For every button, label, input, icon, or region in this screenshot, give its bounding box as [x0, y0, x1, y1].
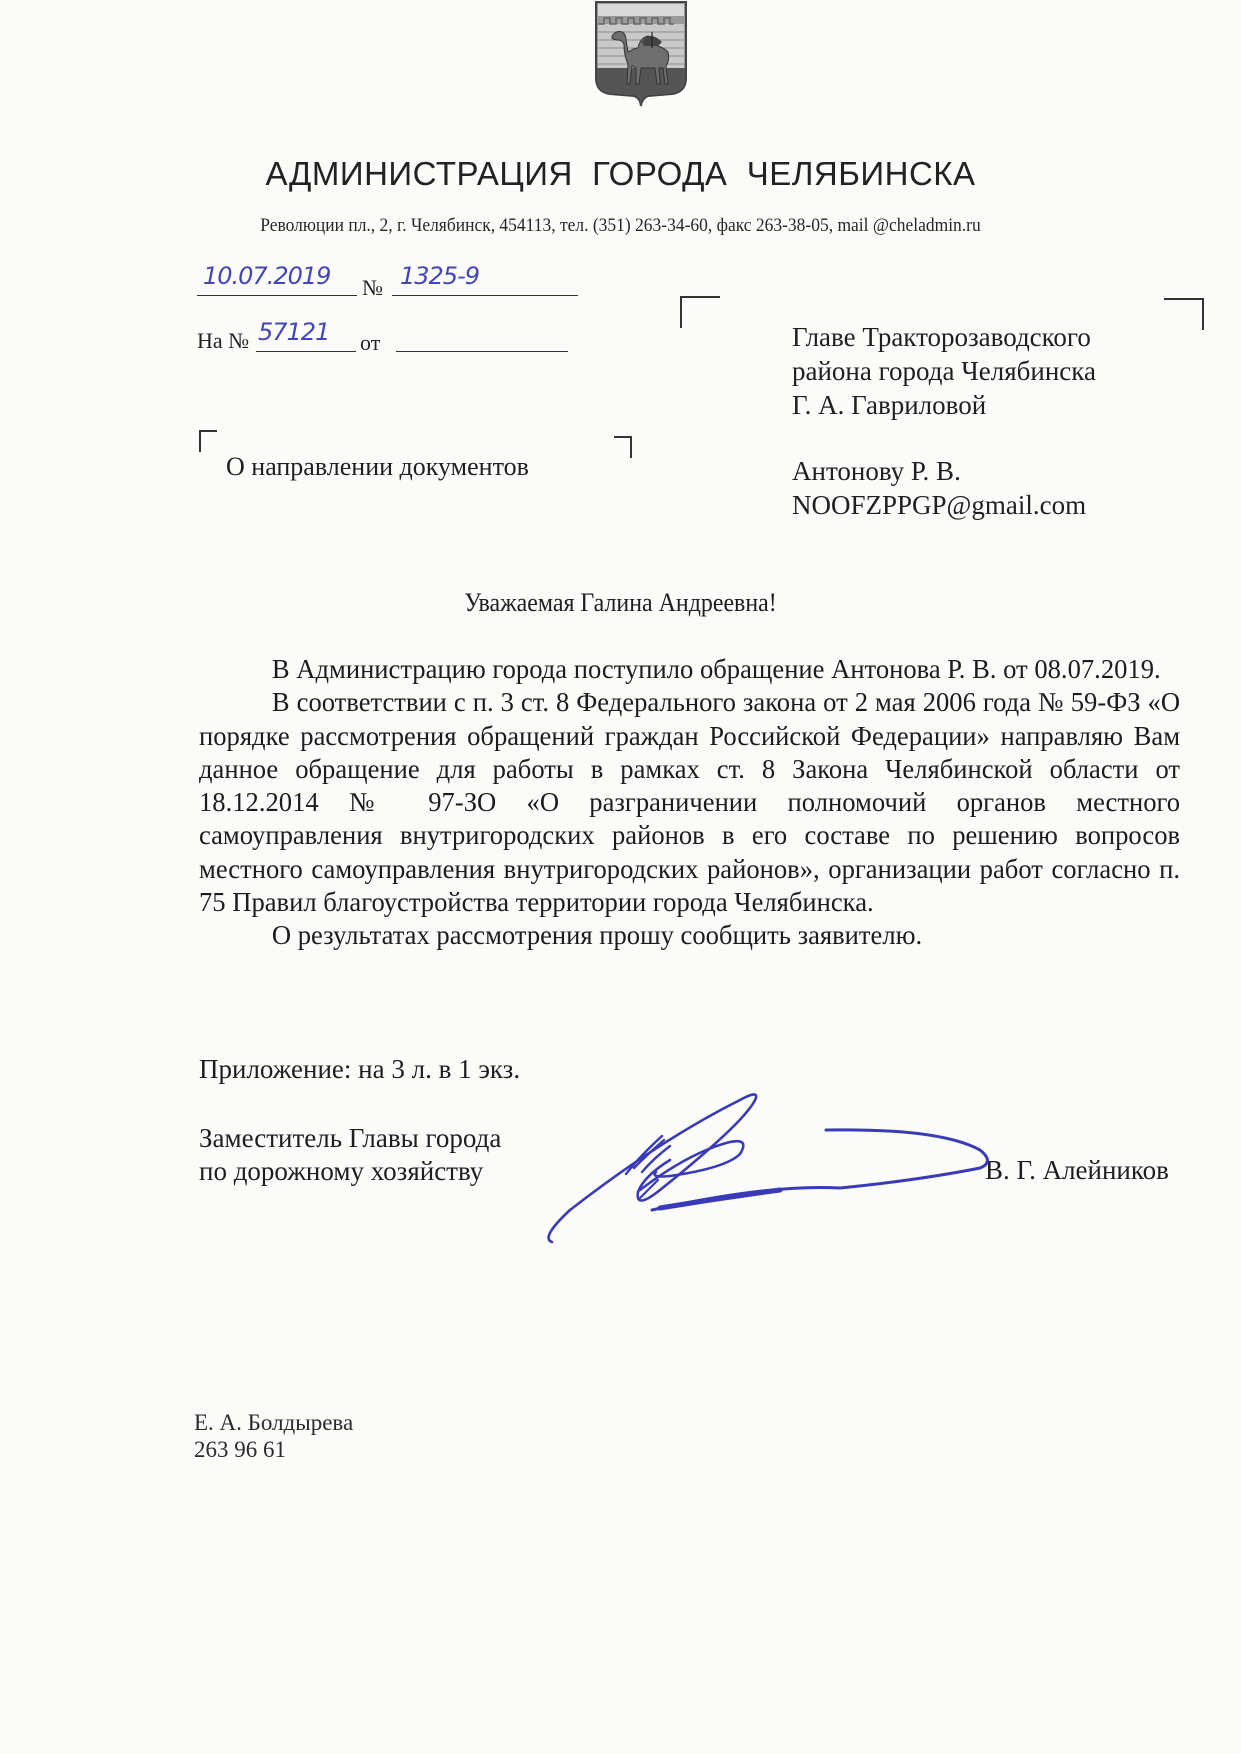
reply-to-number-handwritten: 57121: [258, 318, 329, 346]
attachment-note: Приложение: на 3 л. в 1 экз.: [199, 1054, 520, 1085]
signer-title-line: по дорожному хозяйству: [199, 1155, 501, 1188]
body-paragraph: В соответствии с п. 3 ст. 8 Федерального…: [199, 686, 1180, 919]
outgoing-date-field: 10.07.2019: [197, 268, 357, 296]
recipient-email: NOOFZPPGP@gmail.com: [792, 488, 1096, 522]
number-label: №: [362, 275, 383, 301]
recipient-block: Главе Тракторозаводского района города Ч…: [792, 320, 1096, 522]
recipient-line: [792, 422, 1096, 454]
signer-title: Заместитель Главы города по дорожному хо…: [199, 1122, 501, 1188]
executor-phone: 263 96 61: [194, 1436, 353, 1463]
subject-line: О направлении документов: [226, 452, 529, 482]
outgoing-date-handwritten: 10.07.2019: [203, 262, 330, 290]
organization-title: АДМИНИСТРАЦИЯ ГОРОДА ЧЕЛЯБИНСКА: [0, 155, 1241, 193]
reply-from-label: от: [360, 330, 380, 356]
handwritten-signature-icon: [540, 1080, 1000, 1250]
signer-title-line: Заместитель Главы города: [199, 1122, 501, 1155]
subject-bracket-right: [614, 436, 632, 458]
executor-block: Е. А. Болдырева 263 96 61: [194, 1409, 353, 1463]
organization-address: Революции пл., 2, г. Челябинск, 454113, …: [50, 215, 1192, 237]
reply-to-number-field: 57121: [256, 324, 356, 352]
recipient-line: Г. А. Гавриловой: [792, 388, 1096, 422]
outgoing-number-handwritten: 1325-9: [400, 262, 479, 290]
recipient-line: Главе Тракторозаводского: [792, 320, 1096, 354]
recipient-line: района города Челябинска: [792, 354, 1096, 388]
outgoing-number-field: 1325-9: [392, 268, 578, 296]
recipient-line: Антонову Р. В.: [792, 454, 1096, 488]
executor-name: Е. А. Болдырева: [194, 1409, 353, 1436]
greeting: Уважаемая Галина Андреевна!: [50, 588, 1192, 618]
letter-body: В Администрацию города поступило обращен…: [199, 653, 1180, 953]
reply-from-field: [396, 324, 568, 352]
signer-name: В. Г. Алейников: [985, 1155, 1169, 1186]
recipient-bracket-top-right: [1164, 298, 1204, 330]
reply-to-label: На №: [197, 328, 249, 354]
body-paragraph: О результатах рассмотрения прошу сообщит…: [199, 919, 1180, 952]
recipient-bracket-top-left: [680, 296, 720, 328]
subject-bracket-left: [199, 430, 217, 452]
body-paragraph: В Администрацию города поступило обращен…: [199, 653, 1180, 686]
coat-of-arms-icon: [592, 0, 690, 112]
